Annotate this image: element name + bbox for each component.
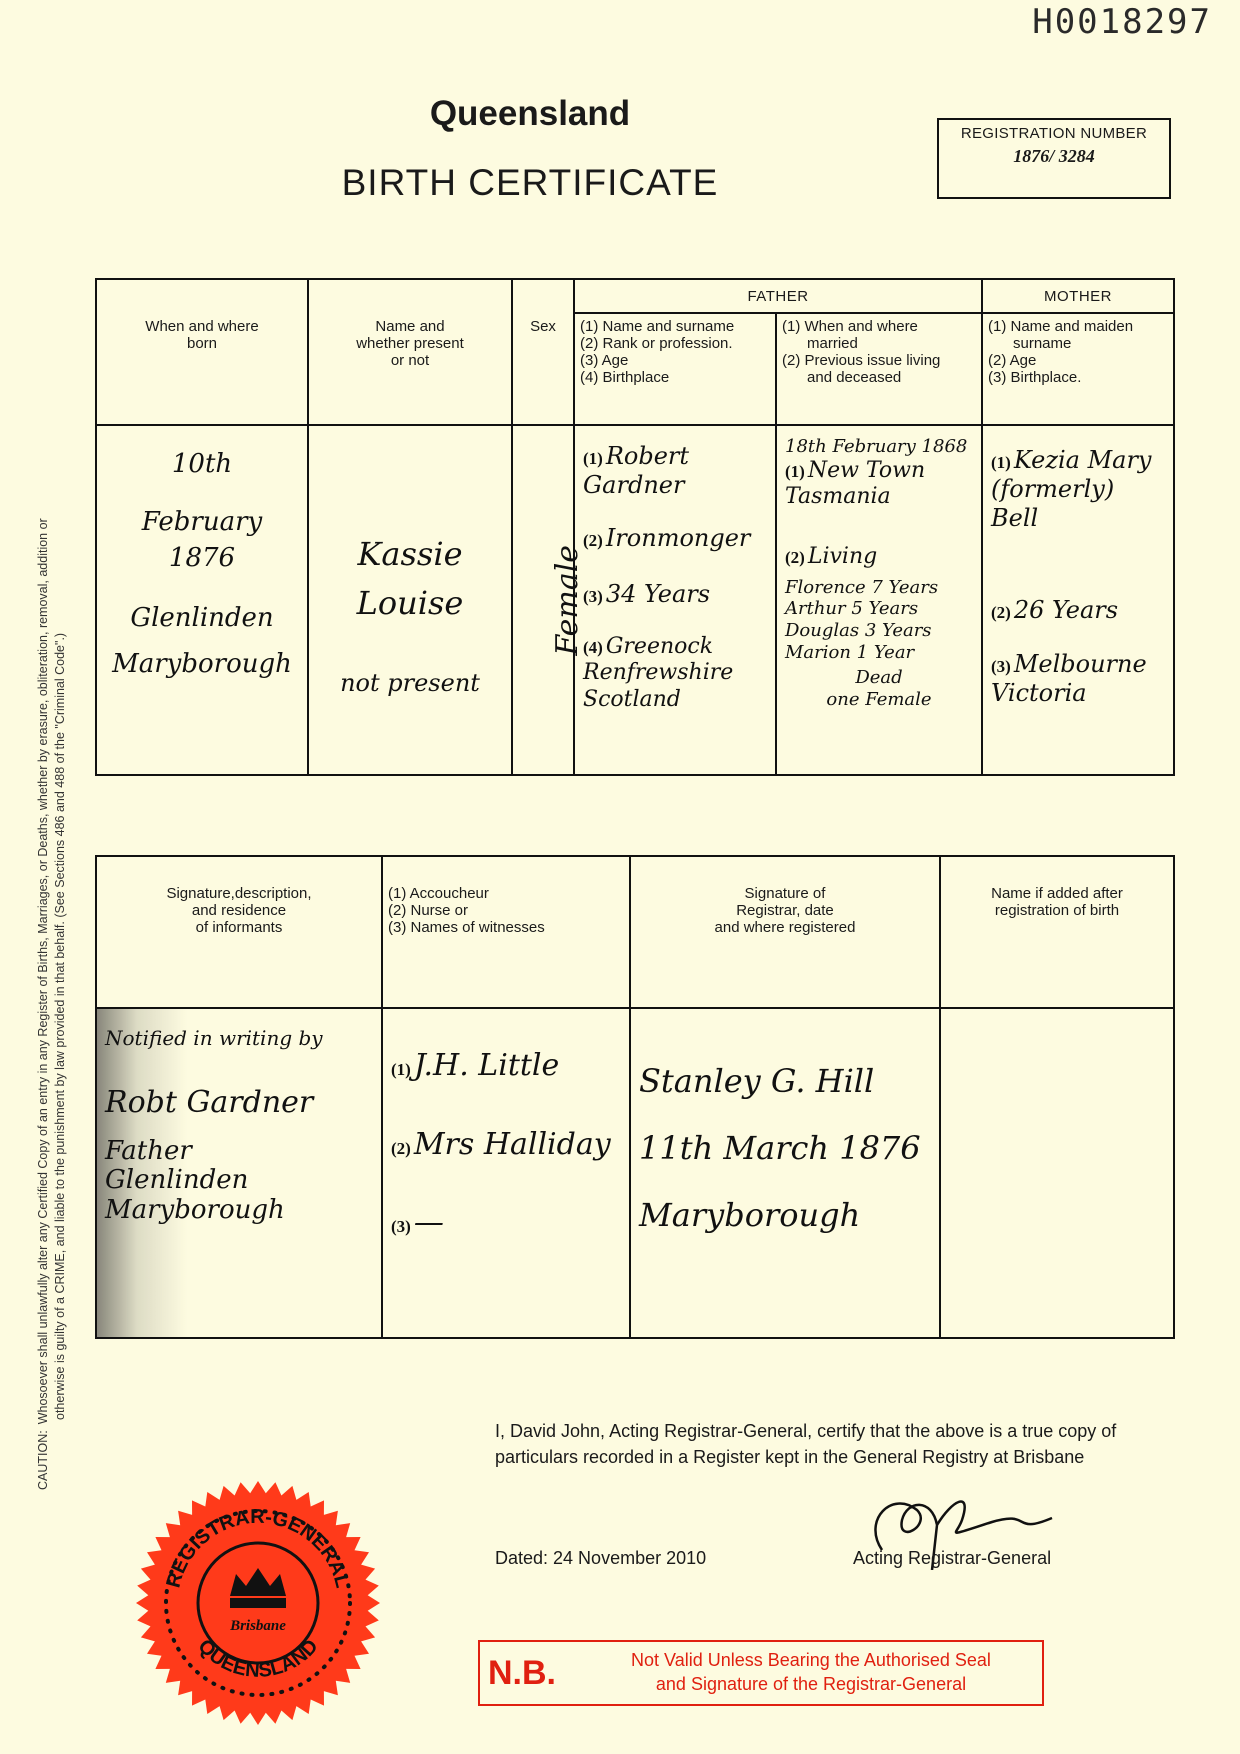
document-title: BIRTH CERTIFICATE <box>290 162 770 204</box>
registration-number-value: 1876/ 3284 <box>939 146 1169 167</box>
cell-name-added <box>940 1008 1174 1338</box>
signature-title: Acting Registrar-General <box>853 1548 1051 1569</box>
validity-notice-text: Not Valid Unless Bearing the Authorised … <box>586 1648 1036 1696</box>
cell-child-name: Kassie Louise not present <box>308 425 512 775</box>
cell-father-particulars: (1)Robert Gardner (2)Ironmonger (3)34 Ye… <box>574 425 776 775</box>
date-issued: Dated: 24 November 2010 <box>495 1548 706 1569</box>
registrar-general-seal-icon: REGISTRAR-GENERAL QUEENSLAND Brisbane <box>108 1478 408 1728</box>
caution-notice: CAUTION:Whosoever shall unlawfully alter… <box>35 260 69 1490</box>
cell-born: 10th February 1876 Glenlinden Maryboroug… <box>96 425 308 775</box>
header-informant: Signature,description,and residenceof in… <box>96 856 382 1008</box>
cell-registrar: Stanley G. Hill 11th March 1876 Maryboro… <box>630 1008 940 1338</box>
cell-informant: Notified in writing by Robt Gardner Fath… <box>96 1008 382 1338</box>
certification-statement: I, David John, Acting Registrar-General,… <box>495 1418 1135 1470</box>
header-sex: Sex <box>512 279 574 425</box>
cell-marriage-issue: 18th February 1868 (1)New Town Tasmania … <box>776 425 982 775</box>
group-father: FATHER <box>574 279 982 313</box>
header-attendants: (1) Accoucheur(2) Nurse or(3) Names of w… <box>382 856 630 1008</box>
header-father-married: (1) When and where married(2) Previous i… <box>776 313 982 425</box>
header-name: Name andwhether presentor not <box>308 279 512 425</box>
header-mother: (1) Name and maiden surname(2) Age(3) Bi… <box>982 313 1174 425</box>
header-registrar: Signature ofRegistrar, dateand where reg… <box>630 856 940 1008</box>
cell-mother-particulars: (1)Kezia Mary (formerly) Bell (2)26 Year… <box>982 425 1174 775</box>
birth-particulars-table: When and whereborn Name andwhether prese… <box>95 278 1175 776</box>
caution-lead: CAUTION: <box>36 1430 50 1490</box>
registration-number-label: REGISTRATION NUMBER <box>939 125 1169 142</box>
informant-registration-table: Signature,description,and residenceof in… <box>95 855 1175 1339</box>
nb-mark: N.B. <box>488 1654 556 1693</box>
validity-notice: N.B. Not Valid Unless Bearing the Author… <box>478 1640 1044 1706</box>
certificate-serial-number: H0018297 <box>1032 2 1212 42</box>
caution-line-2: otherwise is guilty of a CRIME, and liab… <box>52 260 69 1490</box>
header-father-name: (1) Name and surname(2) Rank or professi… <box>574 313 776 425</box>
group-mother: MOTHER <box>982 279 1174 313</box>
cell-sex: Female <box>512 425 574 775</box>
header-when-where-born: When and whereborn <box>96 279 308 425</box>
header-name-added: Name if added afterregistration of birth <box>940 856 1174 1008</box>
seal-center-text: Brisbane <box>229 1618 286 1634</box>
state-heading: Queensland <box>330 94 730 134</box>
registration-number-box: REGISTRATION NUMBER 1876/ 3284 <box>937 118 1171 199</box>
caution-line-1: Whosoever shall unlawfully alter any Cer… <box>36 518 50 1424</box>
cell-attendants: (1)J.H. Little (2)Mrs Halliday (3)— <box>382 1008 630 1338</box>
